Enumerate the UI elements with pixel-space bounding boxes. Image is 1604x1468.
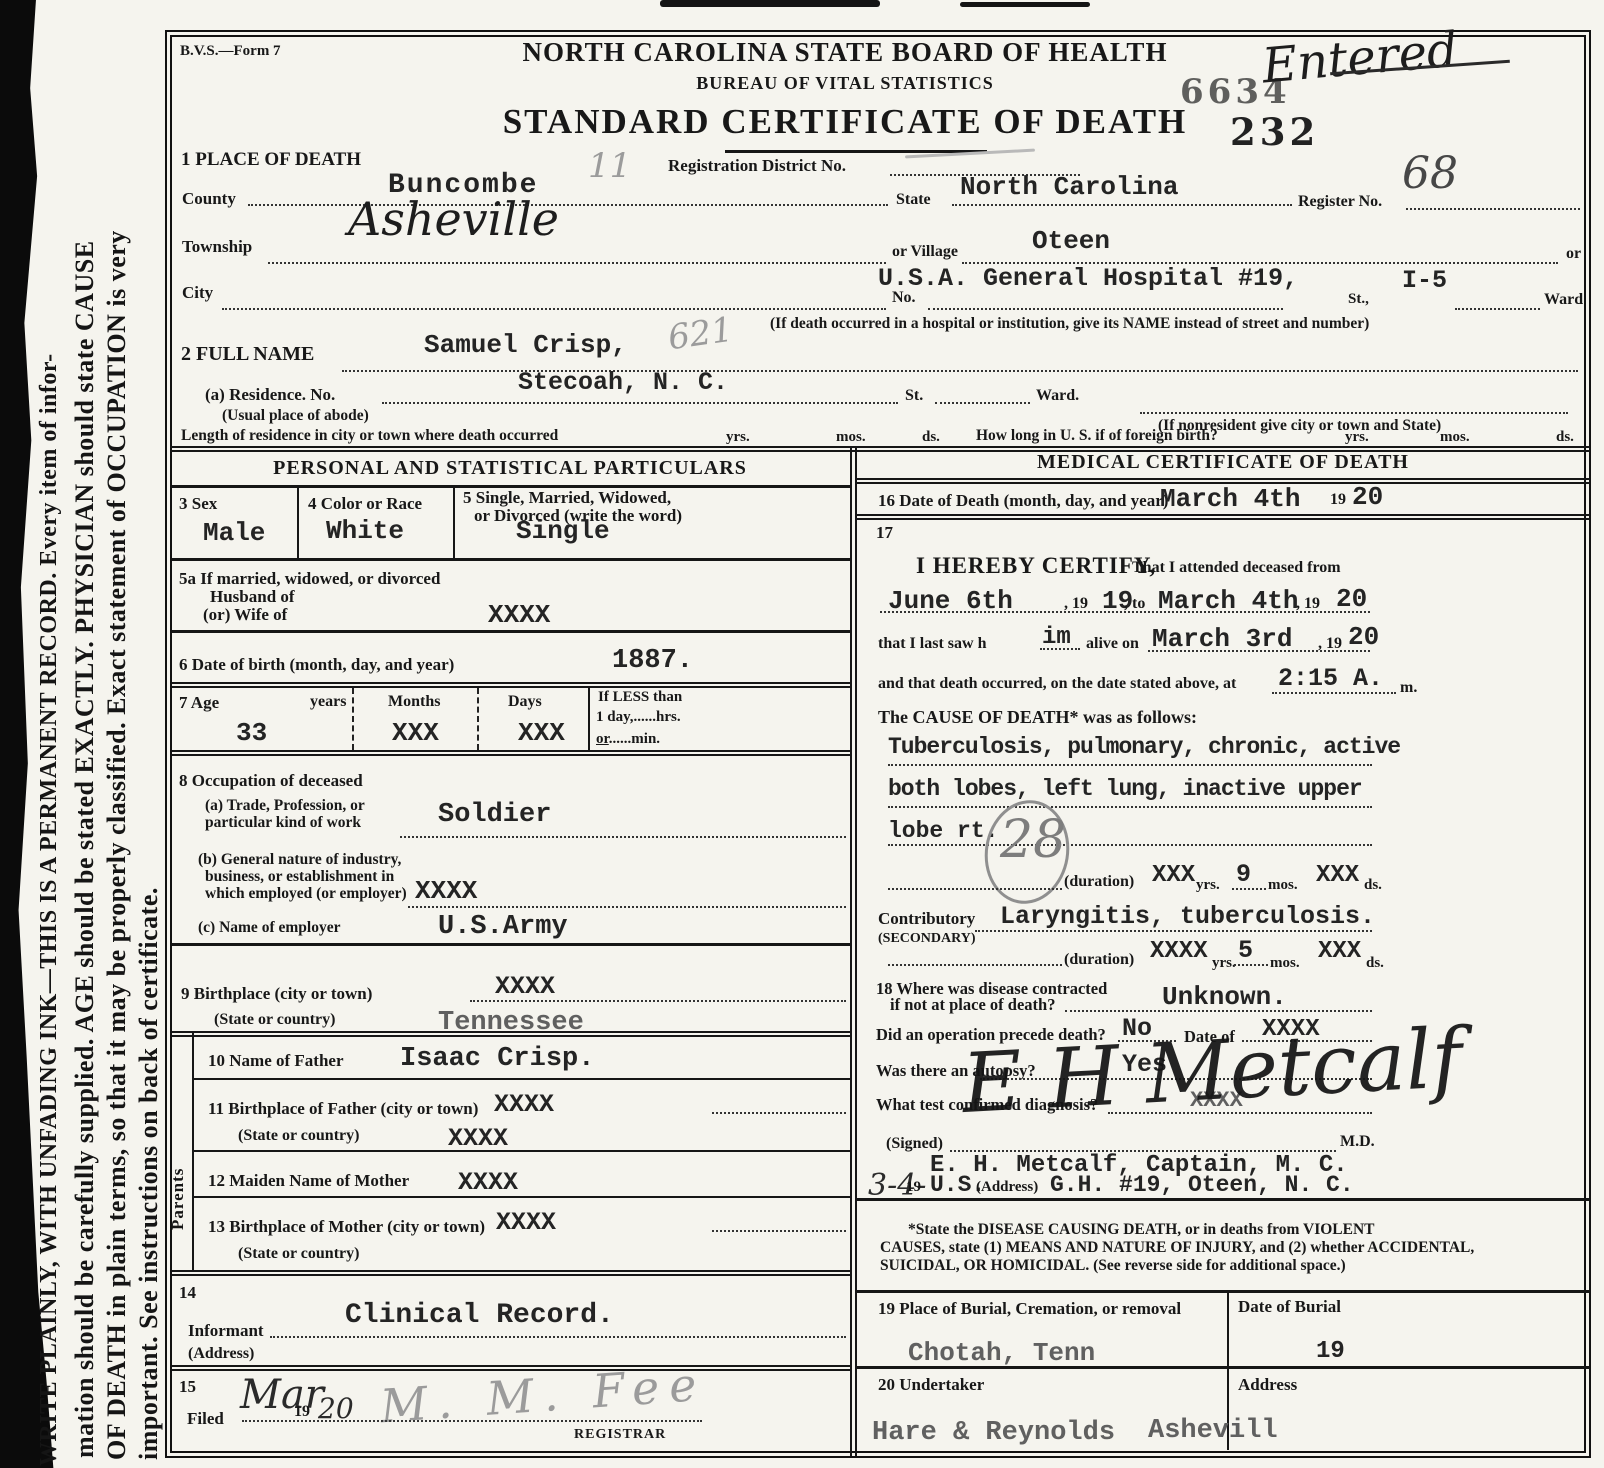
column-divider [850,446,857,1456]
stamp-certificate-number: 232 [1230,110,1319,154]
sex-value: Male [203,518,265,548]
occupation-value: Soldier [438,800,551,830]
mother-birthplace-value: XXXX [496,1208,556,1237]
ds-label: ds. [1364,878,1382,894]
rule [172,682,850,688]
father-birthplace-label: 11 Birthplace of Father (city or town) [208,1100,478,1118]
md-label: M.D. [1340,1134,1375,1151]
cell-divider [453,485,455,558]
dotted-line [248,204,888,206]
duration2-ds-value: XXX [1318,938,1361,965]
informant-label: Informant [188,1322,264,1340]
dotted-line [408,906,846,908]
alive-on-label: alive on [1086,636,1139,653]
filed-label: Filed [187,1410,224,1428]
informant-address-label: (Address) [188,1346,254,1363]
marital-label-line1: 5 Single, Married, Widowed, [463,489,671,507]
personal-section-header: PERSONAL AND STATISTICAL PARTICULARS [180,458,840,479]
residence-value: Stecoah, N. C. [518,368,728,397]
mos-label: mos. [1440,430,1470,446]
rule [192,1078,850,1080]
duration1-mos-value: 9 [1236,860,1251,889]
death-certificate-scan: WRITE PLAINLY, WITH UNFADING INK—THIS IS… [0,0,1604,1468]
rule [857,1290,1590,1293]
rule [172,1031,850,1037]
state-or-country-label: (State or country) [214,1012,335,1029]
item-17-number: 17 [876,524,893,542]
or-wife-of-label: (or) Wife of [203,606,287,624]
printed-19: 19 [906,1180,921,1196]
margin-instructions-line1: WRITE PLAINLY, WITH UNFADING INK—THIS IS… [36,353,63,1466]
dotted-line [268,262,886,264]
dotted-line [1406,208,1580,210]
certify-label: I HEREBY CERTIFY, [916,554,1156,578]
length-residence-label: Length of residence in city or town wher… [181,428,558,444]
married-5a-label: 5a If married, widowed, or divorced [179,570,440,588]
father-birthplace-state-value: XXXX [448,1124,508,1153]
occ-c-label: (c) Name of employer [198,920,340,936]
marital-value: Single [516,516,610,546]
yrs-label: yrs. [726,430,750,446]
hospital-value: U.S.A. General Hospital #19, [878,264,1298,293]
occ-b-label-line2: business, or establishment in [205,869,394,885]
full-name-value: Samuel Crisp, [424,330,627,360]
cause-line2: both lobes, left lung, inactive upper [888,776,1362,802]
date-of-burial-label: Date of Burial [1238,1298,1341,1316]
duration-label: (duration) [1064,874,1134,891]
dotted-line [222,308,886,310]
address-printed-label: (Address) [976,1180,1038,1196]
signed-label: (Signed) [886,1136,943,1153]
undertaker-address-value: Ashevill [1148,1416,1278,1446]
scan-smudge [660,0,880,7]
min-label: ......min. [609,731,660,747]
hospital-note: (If death occurred in a hospital or inst… [770,316,1369,332]
date-of-burial-value: 19 [1316,1338,1345,1365]
dotted-line [712,1230,846,1232]
undertaker-label: 20 Undertaker [878,1376,984,1394]
full-name-label: 2 FULL NAME [181,344,314,365]
years-label: years [310,694,346,711]
pencil-mark-11: 11 [588,146,631,186]
age-label: 7 Age [179,694,219,712]
printed-19: 19 [1330,492,1346,509]
dotted-line [270,1336,846,1338]
registrar-label: REGISTRAR [574,1428,666,1443]
item-15-number: 15 [179,1378,196,1396]
date-of-birth-value: 1887. [612,646,693,676]
pencil-number-28: 28 [1000,810,1066,870]
form-number: B.V.S.—Form 7 [180,44,281,60]
mos-label: mos. [836,430,866,446]
yrs-label: yrs. [1345,430,1369,446]
footnote-line2: CAUSES, state (1) MEANS AND NATURE OF IN… [880,1240,1474,1256]
undertaker-address-label: Address [1238,1376,1297,1394]
father-name-label: 10 Name of Father [208,1052,344,1070]
attended-to-year: 20 [1336,584,1367,614]
color-race-value: White [326,516,404,546]
birthplace-label: 9 Birthplace (city or town) [181,985,372,1003]
filed-month-handwriting: Mar [240,1372,324,1418]
rule [192,1196,850,1198]
city-label: City [182,284,213,302]
mos-label: mos. [1268,878,1298,894]
state-value: North Carolina [960,172,1178,202]
ds-label: ds. [1366,956,1384,972]
dotted-line [242,1420,702,1422]
dotted-line [888,764,1372,766]
place-of-burial-value: Chotah, Tenn [908,1338,1095,1368]
occ-a-label-line1: (a) Trade, Profession, or [205,798,365,814]
st-label: St., [1348,292,1369,308]
last-saw-label: that I last saw h [878,636,986,653]
rule [172,558,850,561]
dotted-line [888,964,1062,966]
date-of-death-value: March 4th [1160,484,1300,514]
occ-b-label-line1: (b) General nature of industry, [198,852,401,868]
spouse-value: XXXX [488,600,550,630]
dotted-line [975,930,1372,932]
board-title: NORTH CAROLINA STATE BOARD OF HEALTH [420,38,1270,66]
township-value: Asheville [348,192,559,246]
register-no-value: 68 [1402,148,1458,199]
cell-divider-dashed [477,688,479,750]
age-months-value: XXX [392,718,439,748]
residence-st-label: St. [905,388,923,405]
mother-maiden-value: XXXX [458,1168,518,1197]
state-label: State [896,192,931,209]
residence-ward-label: Ward. [1036,388,1079,405]
township-label: Township [182,238,252,256]
husband-of-label: Husband of [210,588,295,606]
sex-label: 3 Sex [179,495,217,513]
or-village-label: or Village [892,244,958,261]
rule [857,514,1590,520]
state-or-country-label: (State or country) [238,1128,359,1145]
if-less-label-line3: or......min. [596,732,660,748]
dotted-line [952,204,1292,206]
residence-label: (a) Residence. No. [205,386,335,404]
birthplace-value: XXXX [495,972,555,1001]
how-long-us-label: How long in U. S. if of foreign birth? [976,428,1218,444]
father-birthplace-value: XXXX [494,1090,554,1119]
footnote-line1: *State the DISEASE CAUSING DEATH, or in … [908,1222,1375,1238]
parents-vertical-label: Parents [168,1168,188,1230]
dotted-line [928,308,1283,310]
days-label: Days [508,694,542,711]
scan-smudge [960,2,1090,7]
dotted-line [400,836,846,838]
cause-line1: Tuberculosis, pulmonary, chronic, active [888,734,1400,760]
disease-contracted-value: Unknown. [1162,982,1287,1012]
dotted-line [712,1112,846,1114]
duration-label: (duration) [1064,952,1134,969]
bureau-subtitle: BUREAU OF VITAL STATISTICS [420,74,1270,93]
duration1-ds-value: XXX [1316,862,1359,889]
dotted-line [1272,692,1396,694]
rule [172,1270,850,1276]
item-14-number: 14 [179,1284,196,1302]
cell-divider [297,485,299,558]
mother-maiden-label: 12 Maiden Name of Mother [208,1172,409,1190]
duration2-mos-value: 5 [1238,936,1253,965]
rule [172,750,850,756]
printed-m: m. [1400,680,1417,697]
death-time-value: 2:15 A. [1278,664,1383,693]
margin-instructions-line3: OF DEATH in plain terms, so that it may … [102,230,132,1460]
dotted-line [1234,964,1268,966]
age-years-value: 33 [236,718,267,748]
ds-label: ds. [922,430,940,446]
duration2-yrs-value: XXXX [1150,938,1208,965]
mos-label: mos. [1270,956,1300,972]
occ-b-label-line3: which employed (or employer) [205,886,407,902]
county-label: County [182,190,236,208]
cause-line3: lobe rt. [888,818,998,844]
dotted-line [382,402,898,404]
cause-of-death-label: The CAUSE OF DEATH* was as follows: [878,708,1197,727]
dotted-line [888,888,1062,890]
ds-label: ds. [1556,430,1574,446]
duration1-yrs-value: XXX [1152,862,1195,889]
yrs-label: yrs. [1196,878,1220,894]
dotted-line [1232,888,1266,890]
dotted-line [888,844,1372,846]
margin-instructions-line4: important. See instructions on back of c… [134,887,164,1460]
footnote-line3: SUICIDAL, OR HOMICIDAL. (See reverse sid… [880,1258,1346,1274]
color-race-label: 4 Color or Race [308,495,422,513]
dotted-line [888,806,1372,808]
last-saw-year: 20 [1348,622,1379,652]
father-name-value: Isaac Crisp. [400,1044,594,1074]
occ-a-label-line2: particular kind of work [205,815,361,831]
if-less-label-line2: 1 day,......hrs. [596,710,681,726]
rule [857,1198,1590,1201]
death-occurred-label: and that death occurred, on the date sta… [878,676,1236,693]
rule [857,1366,1590,1369]
age-days-value: XXX [518,718,565,748]
dotted-line [1065,1010,1372,1012]
register-no-label: Register No. [1298,194,1382,211]
informant-value: Clinical Record. [345,1300,614,1331]
occupation-label: 8 Occupation of deceased [179,772,363,790]
undertaker-value: Hare & Reynolds [872,1418,1115,1448]
contributory-value: Laryngitis, tuberculosis. [1000,902,1375,931]
last-saw-im: im [1042,624,1071,651]
rule [172,943,850,946]
dotted-line [470,1000,846,1002]
date-of-birth-label: 6 Date of birth (month, day, and year) [179,656,454,674]
place-of-burial-label: 19 Place of Burial, Cremation, or remova… [878,1300,1181,1318]
dotted-line [1148,650,1370,652]
cell-divider-dashed [352,688,354,750]
mother-birthplace-label: 13 Birthplace of Mother (city or town) [208,1218,485,1236]
abode-note: (Usual place of abode) [222,408,369,424]
dotted-line [935,402,1030,404]
industry-value: XXXX [415,876,477,906]
printed-19: 19 [294,1404,310,1421]
medical-section-header: MEDICAL CERTIFICATE OF DEATH [860,452,1586,473]
certify-text: That I attended deceased from [1132,560,1341,577]
certificate-title: STANDARD CERTIFICATE OF DEATH [420,104,1270,141]
or-label: or [1566,246,1581,263]
if-less-label-line1: If LESS than [598,690,682,706]
margin-instructions-line2: mation should be carefully supplied. AGE… [70,240,100,1458]
state-or-country-label: (State or country) [238,1246,359,1263]
date-of-death-label: 16 Date of Death (month, day, and year) [878,492,1168,510]
dotted-line [1140,412,1568,414]
yrs-label: yrs. [1212,956,1236,972]
date-of-death-year: 20 [1352,482,1383,512]
rule [192,1150,850,1152]
dotted-line [880,611,1370,613]
months-label: Months [388,694,440,711]
secondary-label: (SECONDARY) [878,932,976,947]
ward-label: Ward [1544,292,1583,309]
dotted-line [1455,308,1540,310]
disease-contracted-label-line2: if not at place of death? [890,996,1055,1013]
address-value: G.H. #19, Oteen, N. C. [1050,1172,1354,1198]
rule [172,630,850,633]
or-underlined: or [596,731,609,747]
village-value: Oteen [1032,226,1110,256]
ward-value: I-5 [1402,266,1447,295]
contributory-label: Contributory [878,910,975,928]
dotted-line [1040,648,1080,650]
place-of-death-label: 1 PLACE OF DEATH [181,150,361,170]
cell-divider [588,688,590,752]
employer-value: U.S.Army [438,912,568,942]
registration-district-label: Registration District No. [668,157,846,175]
